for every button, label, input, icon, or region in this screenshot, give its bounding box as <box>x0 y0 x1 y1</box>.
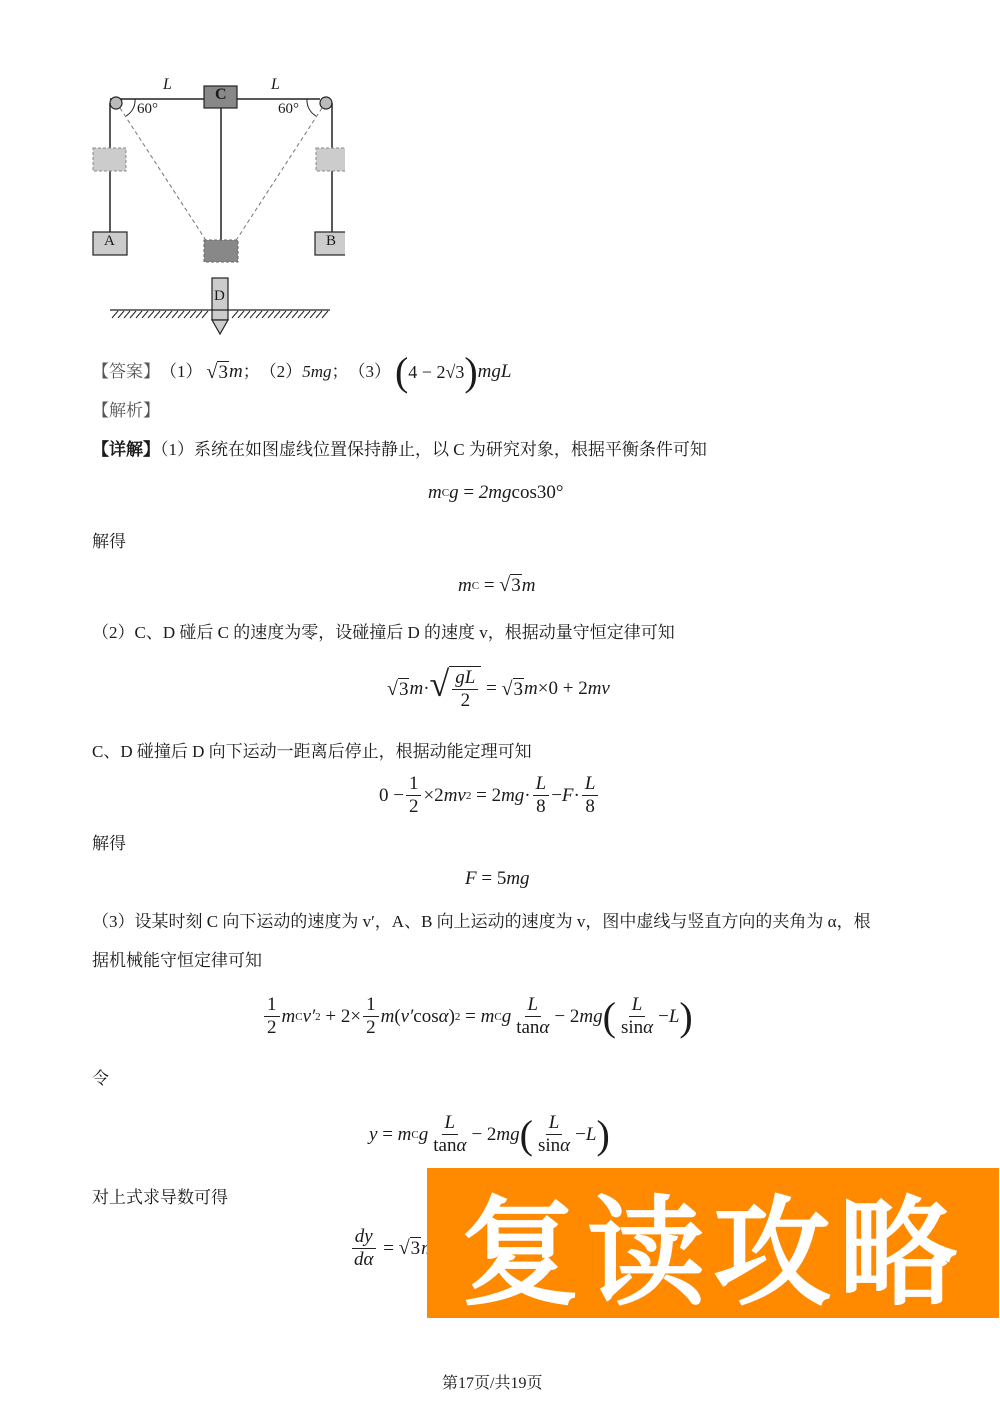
angle-right: 60° <box>278 101 299 118</box>
equation-8: dydα = √3m <box>349 1226 435 1271</box>
detail-part1: 【详解】（1）系统在如图虚线位置保持静止，以 C 为研究对象，根据平衡条件可知 <box>92 439 707 461</box>
equation-3: √3m· √gL2 = √3m×0 + 2mv <box>387 666 610 712</box>
watermark-text: 复读攻略 <box>461 1158 965 1328</box>
answer-sep1: ； <box>243 361 260 383</box>
answer-p1-label: （1） <box>160 361 203 383</box>
block-C-label: C <box>215 86 227 104</box>
detail-part2b: C、D 碰撞后 D 向下运动一距离后停止，根据动能定理可知 <box>92 741 532 763</box>
answer-sep2: ； <box>331 361 348 383</box>
equation-5: F = 5mg <box>465 868 530 890</box>
let-label: 令 <box>92 1068 109 1090</box>
detail-tag: 【详解】 <box>92 440 160 459</box>
answer-p3-tail: mgL <box>478 361 512 383</box>
label-L-left: L <box>163 76 172 94</box>
detail-part3-line2: 据机械能守恒定律可知 <box>92 950 262 972</box>
block-B-label: B <box>326 233 336 250</box>
paren-close: ) <box>464 352 477 392</box>
label-L-right: L <box>271 76 280 94</box>
analysis-tag: 【解析】 <box>92 400 160 422</box>
right-pulley-icon <box>320 97 332 109</box>
detail-part3-line1: （3）设某时刻 C 向下运动的速度为 v′，A、B 向上运动的速度为 v，图中虚… <box>92 911 871 933</box>
detail-part1-text: （1）系统在如图虚线位置保持静止，以 C 为研究对象，根据平衡条件可知 <box>160 440 707 459</box>
equation-6: 12mCv′2 + 2×12m(v′cosα)2 = mCgLtanα− 2mg… <box>262 994 693 1039</box>
answer-p2-value: 5mg <box>302 361 331 383</box>
block-D-label: D <box>214 288 225 305</box>
derivative-label: 对上式求导数可得 <box>92 1187 228 1209</box>
answer-p3-inner: 4 − 2√3 <box>408 361 464 383</box>
physics-figure: L L 60° 60° C A B D <box>85 72 345 342</box>
answer-p2-label: （2） <box>260 361 303 383</box>
equation-1: mCg = 2mgcos30° <box>428 482 563 504</box>
paren-open: ( <box>395 352 408 392</box>
answer-tag: 【答案】 <box>92 361 160 383</box>
equation-4: 0 −12×2mv2 = 2mg·L8−F·L8 <box>379 773 600 818</box>
detail-part2: （2）C、D 碰后 C 的速度为零，设碰撞后 D 的速度 v，根据动量守恒定律可… <box>92 622 675 644</box>
solve-label-2: 解得 <box>92 833 126 855</box>
solve-label-1: 解得 <box>92 531 126 553</box>
watermark-banner: 复读攻略 <box>427 1168 999 1318</box>
equation-7: y = mCgLtanα− 2mg(Lsinα−L) <box>369 1112 610 1157</box>
left-pulley-icon <box>110 97 122 109</box>
angle-left: 60° <box>137 101 158 118</box>
page-indicator: 第17页/共19页 <box>442 1373 542 1395</box>
equation-2: mC = √3m <box>458 574 535 597</box>
answer-p1-tail: m <box>229 361 243 383</box>
answer-p3-label: （3） <box>348 361 391 383</box>
answer-line: 【答案】 （1） √3 m ； （2） 5mg ； （3） ( 4 − 2√3 … <box>92 352 511 392</box>
block-A-label: A <box>104 233 115 250</box>
answer-p1-sqrt: √3 <box>207 361 229 384</box>
